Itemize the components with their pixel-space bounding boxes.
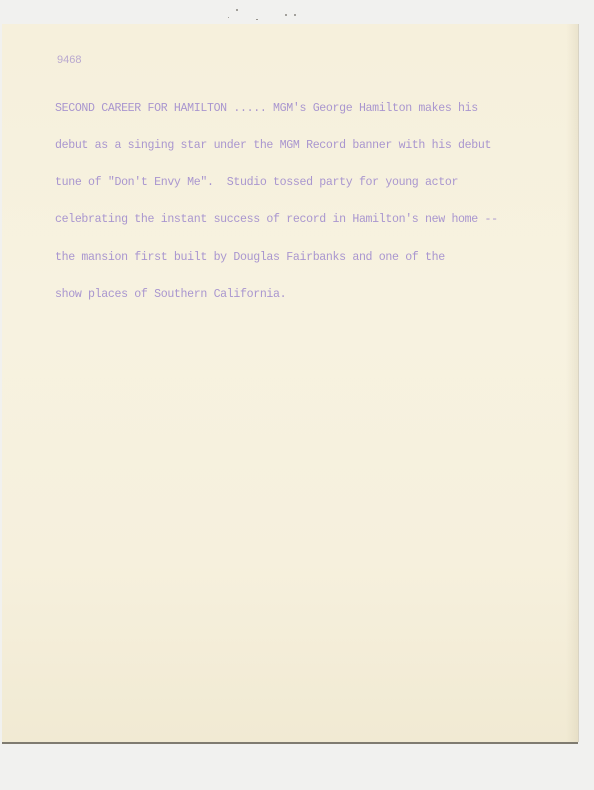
dust-speck	[285, 14, 287, 16]
caption-line: show places of Southern California.	[55, 289, 555, 301]
caption-line: tune of "Don't Envy Me". Studio tossed p…	[55, 177, 555, 189]
dust-speck	[256, 19, 258, 20]
dust-speck	[236, 9, 238, 11]
paper-edge-shading	[566, 24, 578, 742]
dust-speck	[228, 17, 229, 18]
caption-line: celebrating the instant success of recor…	[55, 214, 555, 226]
serial-number: 9468	[57, 54, 81, 66]
caption-line: the mansion first built by Douglas Fairb…	[55, 252, 555, 264]
caption-line: SECOND CAREER FOR HAMILTON ..... MGM's G…	[55, 103, 555, 115]
caption-line: debut as a singing star under the MGM Re…	[55, 140, 555, 152]
dust-speck	[294, 14, 296, 16]
caption-text: SECOND CAREER FOR HAMILTON ..... MGM's G…	[55, 78, 555, 314]
paper-bottom-edge	[2, 742, 578, 744]
